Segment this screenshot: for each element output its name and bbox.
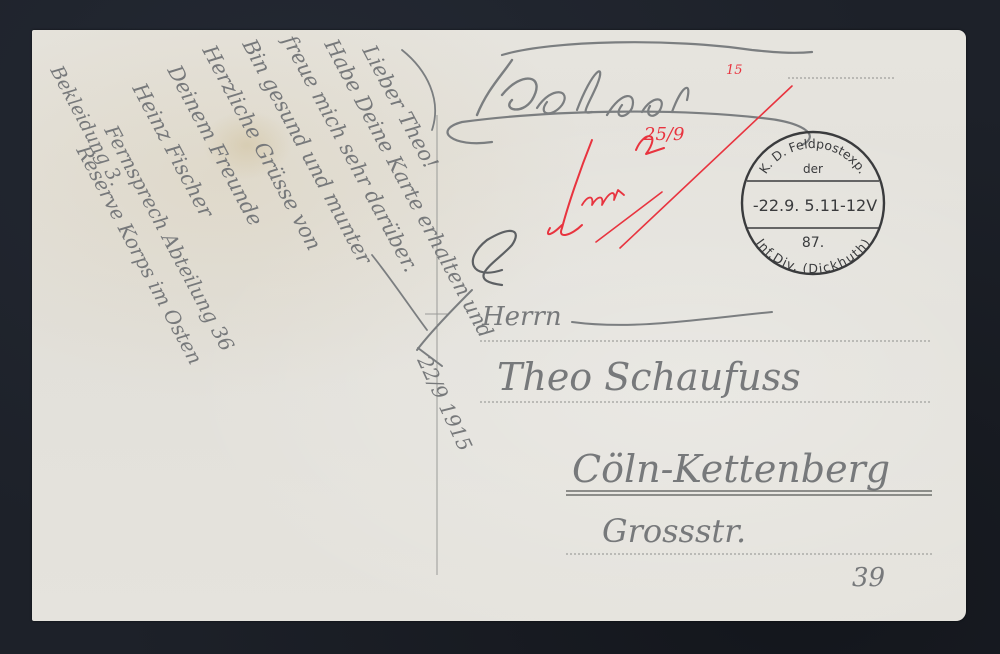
svg-text:22/9 1915: 22/9 1915 — [412, 351, 477, 455]
svg-text:15: 15 — [726, 63, 743, 78]
svg-text:25/9: 25/9 — [643, 124, 684, 145]
svg-text:87.: 87. — [802, 235, 824, 251]
postcard-ink-layer: 25/9 15 Lnat K. D. Feldpostexp. der -22.… — [32, 30, 966, 621]
svg-text:39: 39 — [852, 563, 885, 593]
svg-text:der: der — [803, 162, 823, 176]
svg-text:Habe Deine Karte erhalten und: Habe Deine Karte erhalten und — [319, 34, 498, 342]
svg-text:-22.9. 5.11-12V: -22.9. 5.11-12V — [753, 196, 877, 215]
address-handwriting: Herrn Theo Schaufuss Cöln-Kettenberg Gro… — [473, 231, 890, 593]
postmark: K. D. Feldpostexp. der -22.9. 5.11-12V 8… — [742, 132, 884, 276]
message-handwriting: 22/9 1915 Lieber Theo! Habe Deine Karte … — [45, 30, 498, 455]
svg-text:Cöln-Kettenberg: Cöln-Kettenberg — [572, 447, 890, 491]
svg-text:Theo Schaufuss: Theo Schaufuss — [497, 355, 801, 399]
postcard: 25/9 15 Lnat K. D. Feldpostexp. der -22.… — [32, 30, 966, 621]
feldpost-handwriting — [448, 42, 812, 145]
svg-text:Grossstr.: Grossstr. — [602, 512, 746, 550]
printed-divider — [425, 115, 449, 575]
